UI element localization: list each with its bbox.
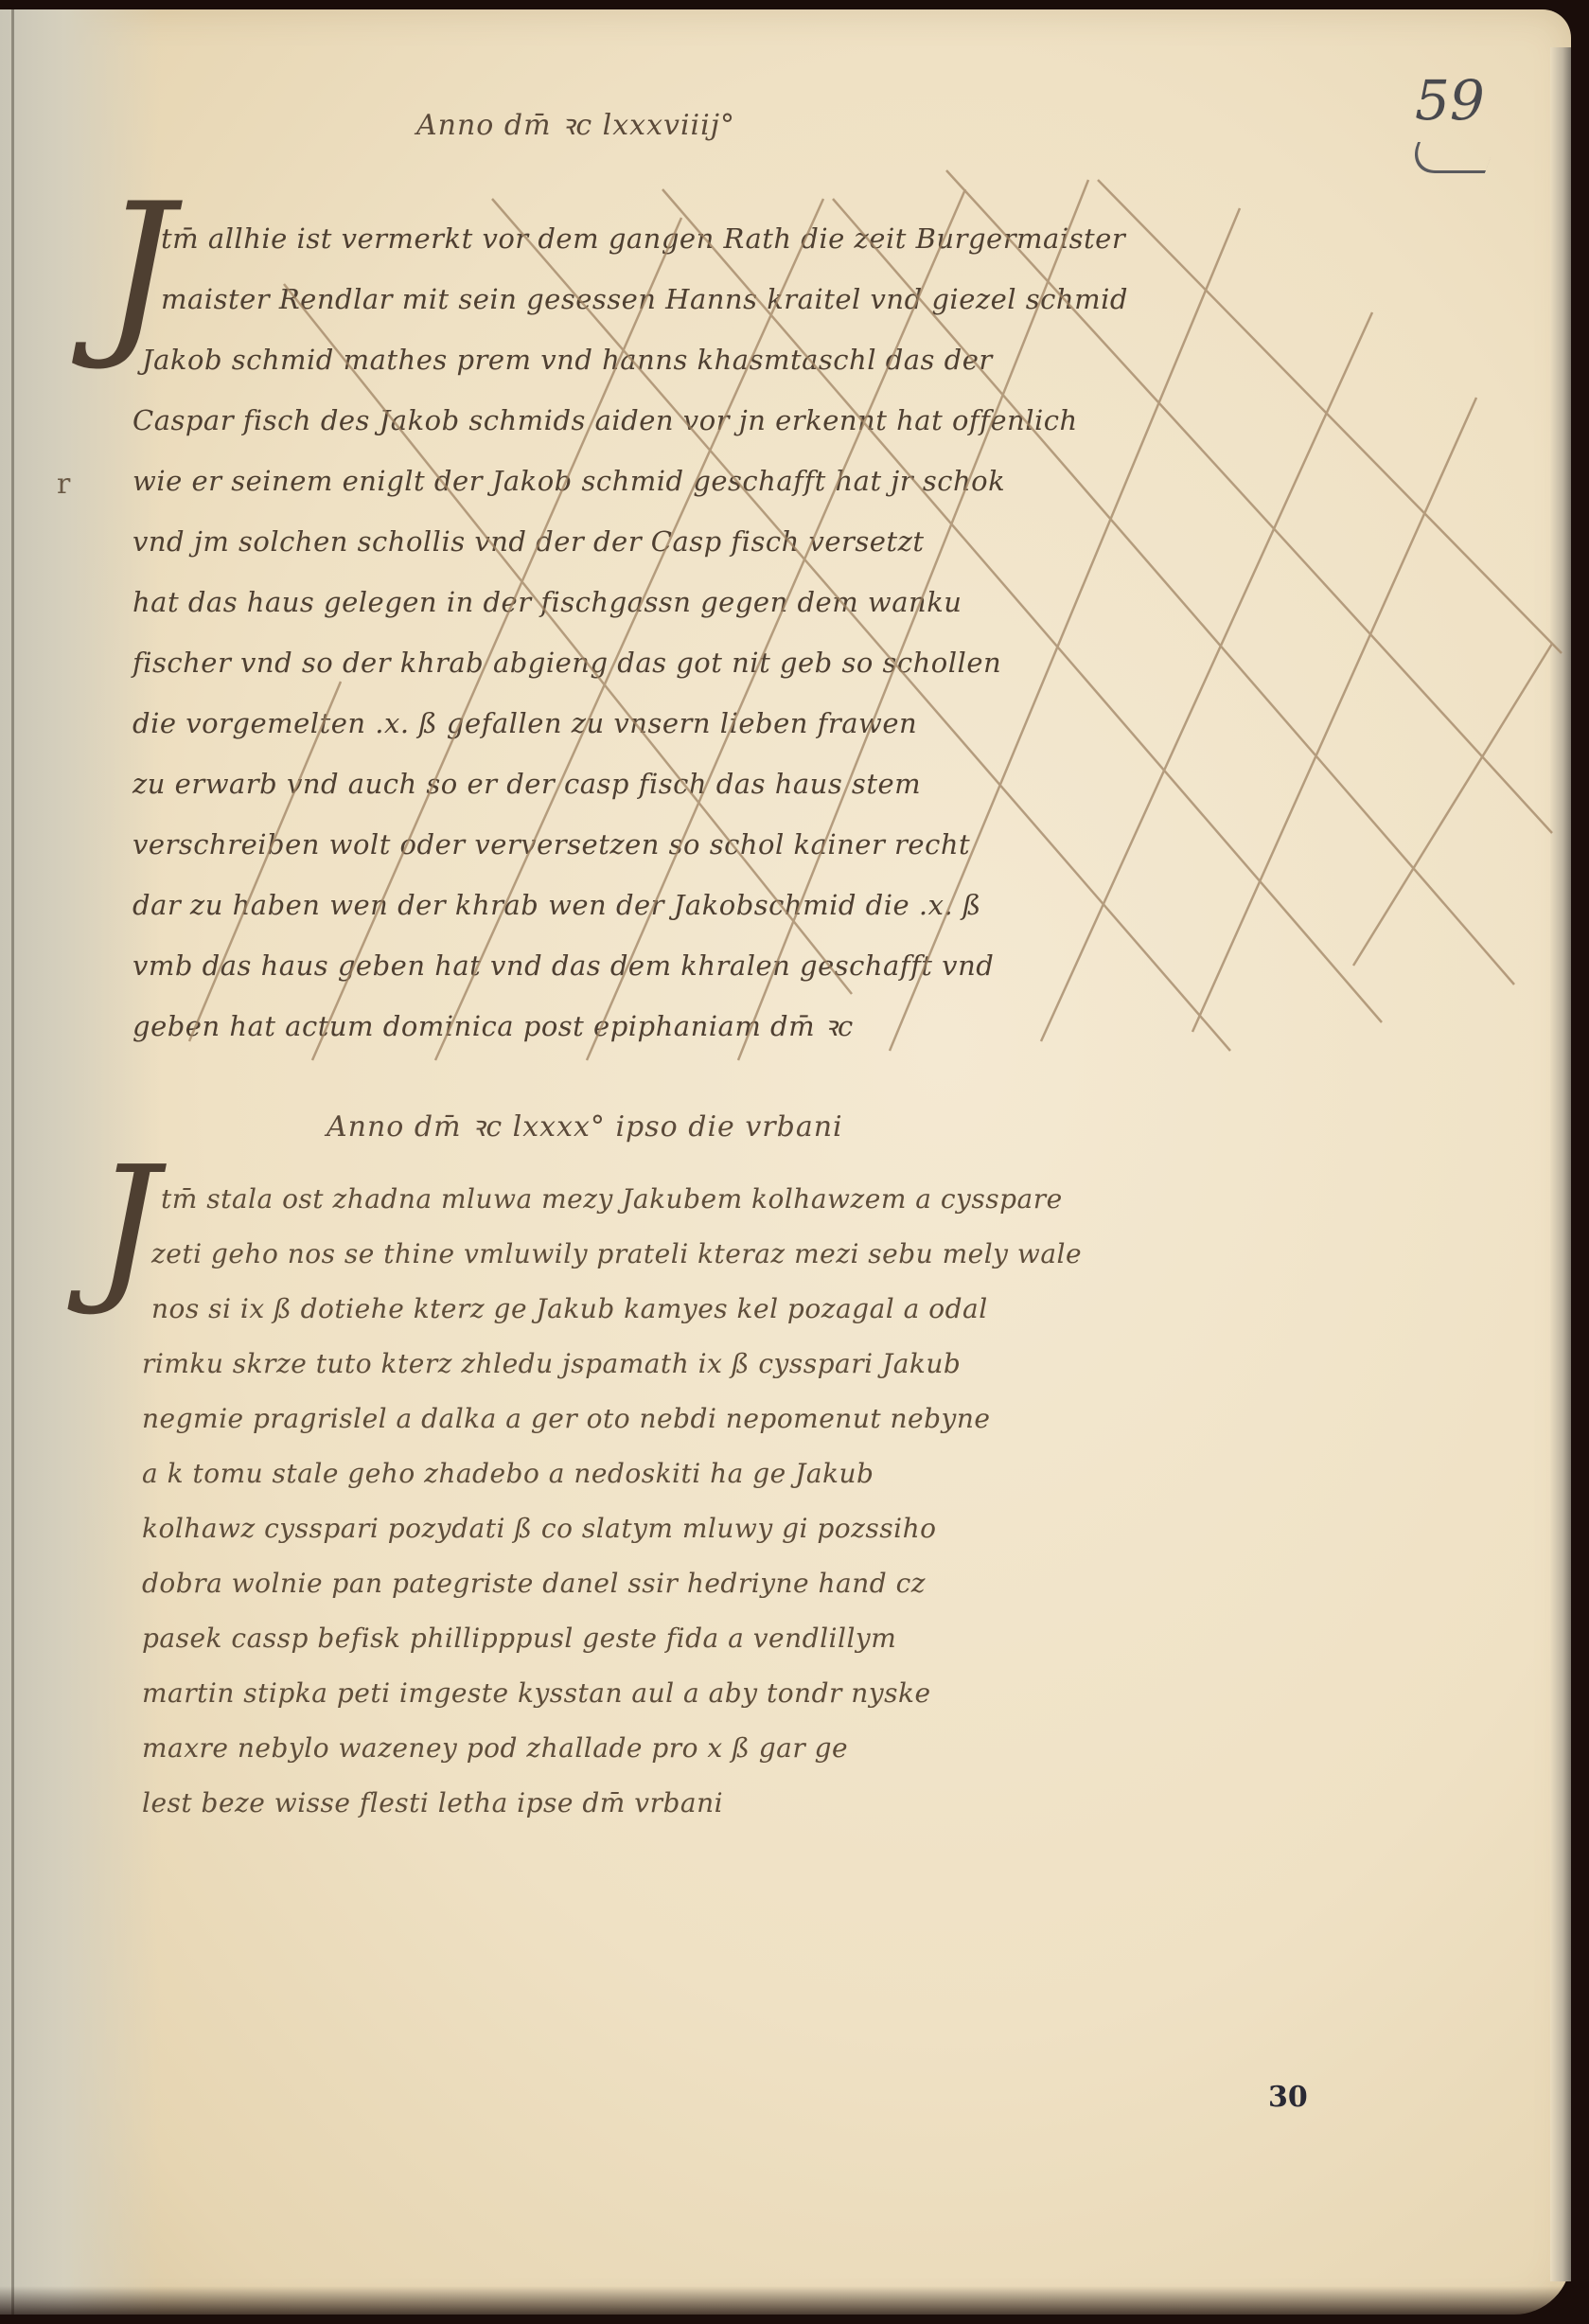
entry-2-line: martin stipka peti imgeste kysstan aul a… [123, 1666, 1476, 1721]
entry-2-line: dobra wolnie pan pategriste danel ssir h… [123, 1556, 1476, 1611]
entry-2-line: a k tomu stale geho zhadebo a nedoskiti … [123, 1446, 1476, 1501]
entry-1-line: zu erwarb vnd auch so er der casp fisch … [123, 754, 1476, 814]
margin-mark: r [57, 468, 70, 501]
folio-number: 59 [1415, 68, 1485, 133]
entry-1-line: die vorgemelten .x. ß gefallen zu vnsern… [123, 693, 1476, 754]
page-bottom-shadow [0, 2286, 1589, 2324]
entry-2-line: zeti geho nos se thine vmluwily prateli … [123, 1227, 1476, 1282]
entry-1-line: geben hat actum dominica post epiphaniam… [123, 996, 1476, 1056]
foliation-stamp: 30 [1268, 2081, 1308, 2114]
entry-1-line: vnd jm solchen schollis vnd der der Casp… [123, 511, 1476, 572]
entry-2-line: pasek cassp befisk phillipppusl geste fi… [123, 1611, 1476, 1666]
manuscript-page: 59 r Anno dm̄ ꝛc lxxxviiij° J tm̄ allhie… [0, 9, 1571, 2315]
entry-2-line: rimku skrze tuto kterz zhledu jspamath i… [123, 1337, 1476, 1392]
entry-1-line: fischer vnd so der khrab abgieng das got… [123, 632, 1476, 693]
page-fore-edge [1550, 47, 1571, 2281]
entry-2-heading: Anno dm̄ ꝛc lxxxx° ipso die vrbani [327, 1106, 843, 1144]
entry-2-line: kolhawz cysspari pozydati ß co slatym ml… [123, 1501, 1476, 1556]
gutter-fold [11, 9, 14, 2315]
entry-1-line: verschreiben wolt oder verversetzen so s… [123, 814, 1476, 875]
entry-2-line: maxre nebylo wazeney pod zhallade pro x … [123, 1721, 1476, 1776]
entry-1-line: vmb das haus geben hat vnd das dem khral… [123, 935, 1476, 996]
entry-1-line: Caspar fisch des Jakob schmids aiden vor… [123, 390, 1476, 451]
entry-1-heading: Anno dm̄ ꝛc lxxxviiij° [416, 104, 735, 143]
entry-1-line: tm̄ allhie ist vermerkt vor dem gangen R… [123, 208, 1476, 269]
entry-1-line: maister Rendlar mit sein gesessen Hanns … [123, 269, 1476, 329]
entry-1-line: Jakob schmid mathes prem vnd hanns khasm… [123, 329, 1476, 390]
entry-2-line: tm̄ stala ost zhadna mluwa mezy Jakubem … [123, 1172, 1476, 1227]
entry-1-line: wie er seinem eniglt der Jakob schmid ge… [123, 451, 1476, 511]
folio-check-mark-icon [1406, 142, 1496, 173]
entry-2-line: lest beze wisse flesti letha ipse dm̄ vr… [123, 1776, 1476, 1831]
entry-2-line: nos si ix ß dotiehe kterz ge Jakub kamye… [123, 1282, 1476, 1337]
entry-2-text: tm̄ stala ost zhadna mluwa mezy Jakubem … [123, 1172, 1476, 1831]
entry-1-line: hat das haus gelegen in der fischgassn g… [123, 572, 1476, 632]
entry-2-line: negmie pragrislel a dalka a ger oto nebd… [123, 1392, 1476, 1446]
entry-1-line: dar zu haben wen der khrab wen der Jakob… [123, 875, 1476, 935]
entry-1-text: tm̄ allhie ist vermerkt vor dem gangen R… [123, 208, 1476, 1056]
